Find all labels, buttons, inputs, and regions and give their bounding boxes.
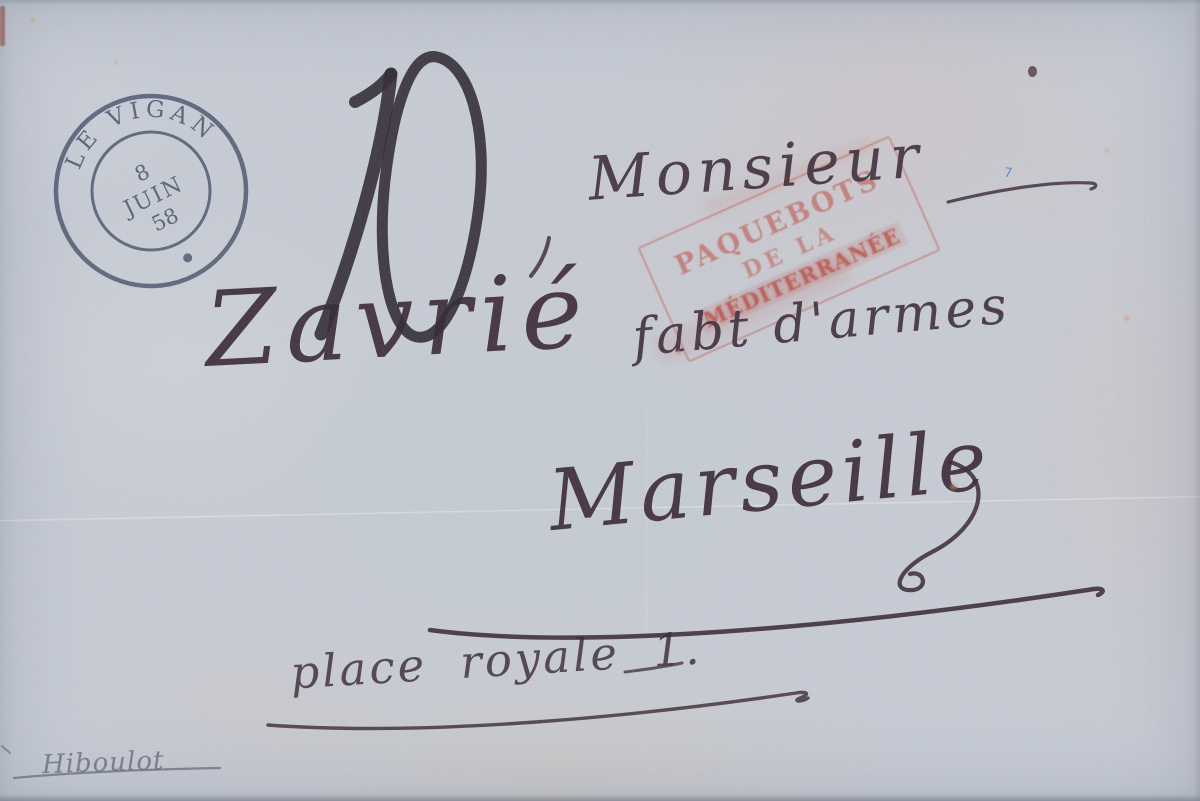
address-descriptor: fabt d'armes [630,280,1012,365]
scan-edge-bottom [0,794,1200,801]
paper-mottling [0,0,1200,801]
paper-grain-texture [0,0,1200,801]
ink-dot-stain [1028,66,1037,77]
datestamp-year: 58 [148,203,183,236]
datestamp-inner-ring [81,121,221,261]
foxing-speck [114,61,118,65]
address-street: place royale 1. [289,625,703,695]
vertical-fold-crease [646,408,648,638]
foxing-speck [1104,148,1110,153]
svg-text:LE VIGAN: LE VIGAN [51,86,225,177]
pencil-strikethrough [14,768,220,778]
paquebot-stamp-line2: DE LA [739,219,842,284]
red-ink-smear [651,255,854,366]
scan-vignette [0,0,1200,801]
horizontal-fold-crease [0,496,1200,523]
datestamp-day: 8 [131,159,154,186]
postal-cover-scan: PAQUEBOTS DE LA MÉDITERRANÉE LE VIGAN 8 … [0,0,1200,801]
address-salutation: Monsieur [586,126,926,209]
datestamp-outer-ring [46,86,256,296]
foxing-speck [950,483,957,490]
paquebot-stamp-line3: MÉDITERRANÉE [696,221,908,334]
circular-datestamp: LE VIGAN 8 JUIN 58 [46,86,256,296]
tax-mark-10 [321,57,481,338]
foxing-speck [30,18,35,23]
pencil-edge-tick [2,746,10,753]
paquebot-stamp-line1: PAQUEBOTS [670,164,884,282]
tiny-blue-mark: 7 [1003,165,1013,181]
salutation-flourish [948,183,1096,202]
red-edge-mark [0,6,5,46]
red-ink-smear-top [704,135,877,217]
foxing-speck [1124,315,1130,321]
city-underline-flourish [430,589,1103,638]
street-underline-flourish [268,692,808,728]
pencil-collector-note: Hiboulot [42,748,165,778]
paquebot-boxed-stamp: PAQUEBOTS DE LA MÉDITERRANÉE [637,135,940,362]
comma-stroke [531,238,549,276]
datestamp-bottom-ornament-icon [182,252,193,263]
scan-edge-right [1194,0,1200,801]
datestamp-month: JUIN [118,172,188,223]
city-flourish [900,462,979,590]
foxing-speck [676,350,681,355]
address-city: Marseille [545,417,995,543]
scan-edge-top [0,0,1200,5]
datestamp-town: LE VIGAN [51,86,225,177]
address-name: Zavrié [203,258,593,382]
street-dash-stroke [625,663,682,672]
